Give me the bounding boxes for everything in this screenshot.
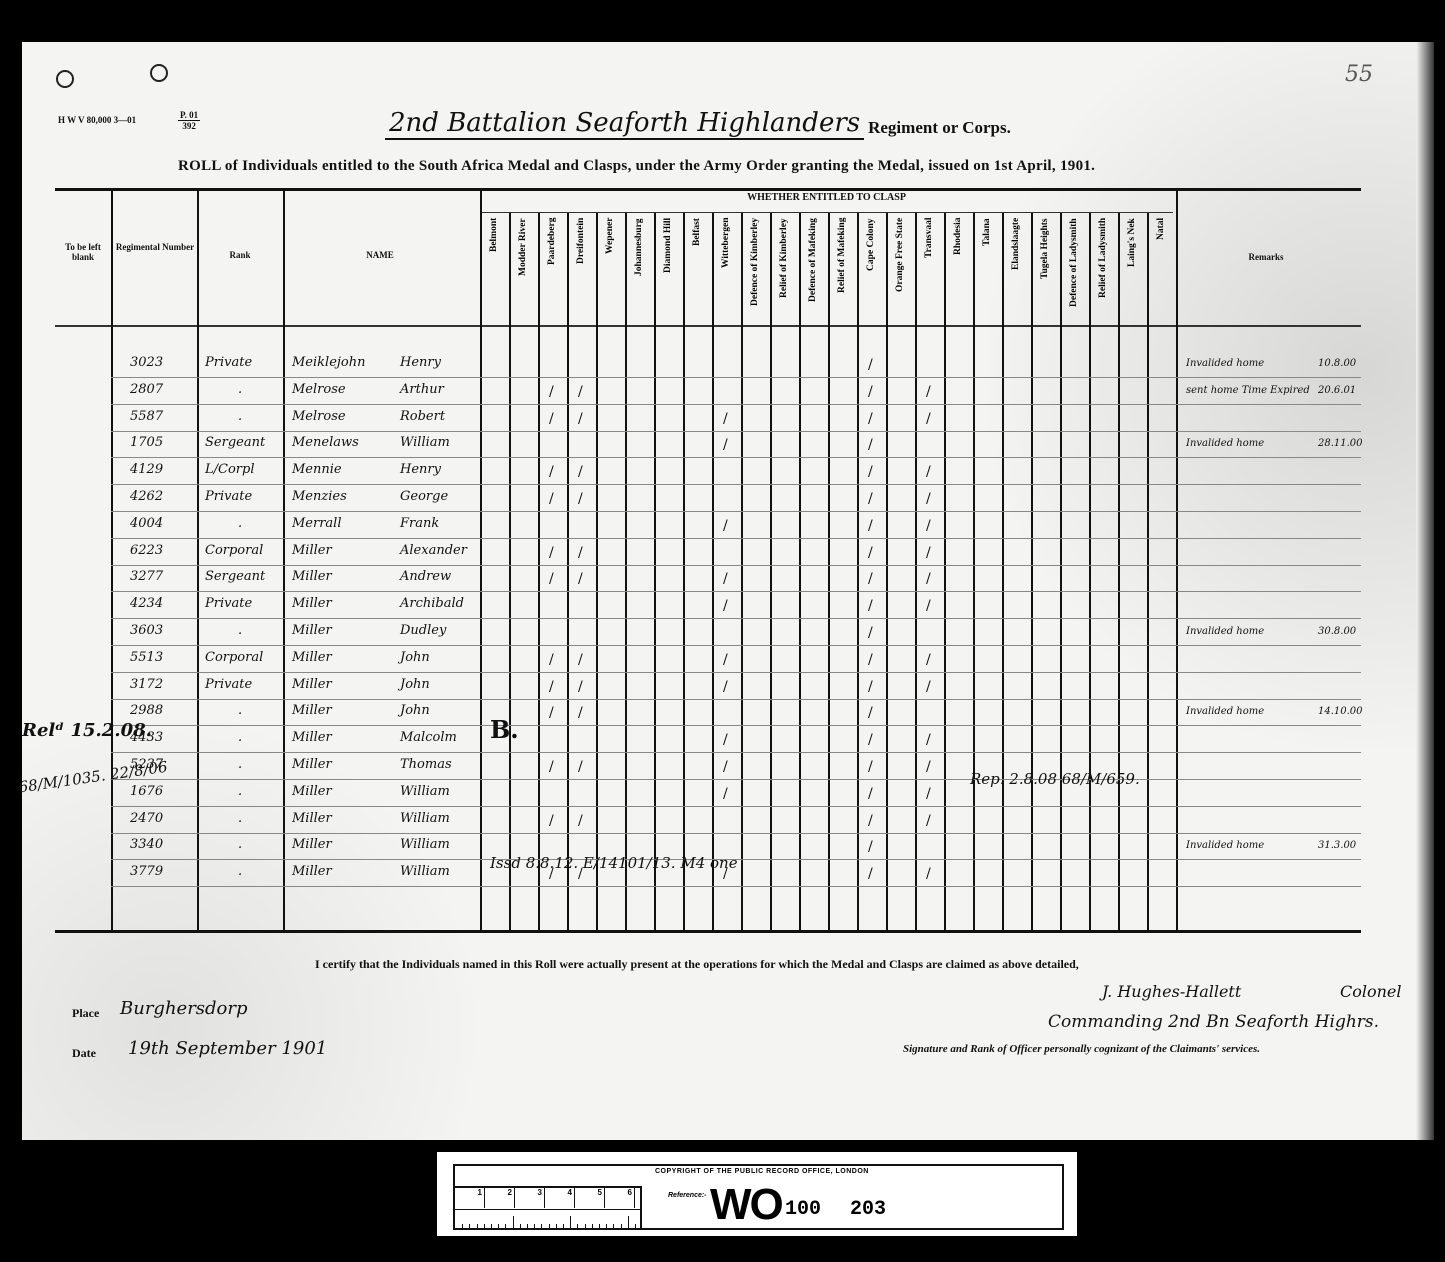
clasp-tick-icon: /: [868, 813, 873, 829]
clasp-tick-icon: /: [926, 652, 931, 668]
clasp-header: Defence of Kimberley: [750, 218, 760, 322]
clasp-tick-icon: /: [578, 411, 583, 427]
clasp-tick-icon: /: [926, 491, 931, 507]
reference-item: 203: [850, 1198, 886, 1221]
table-row: 1705SergeantMenelawsWilliam//Invalided h…: [0, 435, 1445, 461]
place-value: Burghersdorp: [120, 998, 248, 1019]
scale-tick: [621, 1224, 622, 1230]
clasp-tick-icon: /: [578, 384, 583, 400]
clasp-header: Cape Colony: [866, 218, 876, 322]
reference-label: Reference:-: [668, 1192, 707, 1199]
date-label: Date: [72, 1046, 96, 1061]
table-row: 2807.MelroseArthur////sent home Time Exp…: [0, 382, 1445, 408]
clasp-group-divider: [480, 212, 1173, 213]
surname: Miller: [292, 864, 332, 879]
clasp-tick-icon: /: [549, 464, 554, 480]
table-row: 3172PrivateMillerJohn/////: [0, 677, 1445, 703]
clasp-tick-icon: /: [926, 518, 931, 534]
surname: Miller: [292, 837, 332, 852]
remark-text: Invalided home: [1186, 706, 1264, 717]
commanding-line: Commanding 2nd Bn Seaforth Highrs.: [1048, 1012, 1379, 1032]
rank: .: [238, 837, 242, 852]
regimental-number: 3023: [130, 355, 163, 370]
surname: Miller: [292, 569, 332, 584]
clasp-tick-icon: /: [926, 571, 931, 587]
clasp-tick-icon: /: [868, 652, 873, 668]
regimental-number: 5587: [130, 409, 163, 424]
surname: Menelaws: [292, 435, 359, 450]
scale-tick: [469, 1224, 470, 1230]
table-row: 6223CorporalMillerAlexander////: [0, 543, 1445, 569]
clasp-tick-icon: /: [723, 437, 728, 453]
forename: William: [400, 864, 450, 879]
certification-text: I certify that the Individuals named in …: [315, 957, 1079, 972]
col-regimental-number: Regimental Number: [115, 242, 195, 252]
clasp-tick-icon: /: [578, 813, 583, 829]
clasp-tick-icon: /: [723, 411, 728, 427]
forename: John: [400, 703, 430, 718]
forename: Andrew: [400, 569, 451, 584]
measurement-scale: 123456: [455, 1186, 642, 1230]
officer-signature: J. Hughes-Hallett: [1102, 982, 1241, 1001]
surname: Miller: [292, 784, 332, 799]
forename: Robert: [400, 409, 445, 424]
forename: George: [400, 489, 448, 504]
table-top-rule: [55, 188, 1361, 191]
forename: John: [400, 677, 430, 692]
clasp-tick-icon: /: [723, 652, 728, 668]
table-row: 4129L/CorplMennieHenry////: [0, 462, 1445, 488]
clasp-header: Belfast: [692, 218, 702, 322]
clasp-tick-icon: /: [549, 679, 554, 695]
regimental-number: 1676: [130, 784, 163, 799]
clasp-header: Paardeberg: [547, 218, 557, 322]
table-row: 4262PrivateMenziesGeorge////: [0, 489, 1445, 515]
surname: Miller: [292, 596, 332, 611]
clasp-tick-icon: /: [868, 545, 873, 561]
clasp-tick-icon: /: [549, 705, 554, 721]
clasp-tick-icon: /: [926, 411, 931, 427]
punch-hole-icon: [56, 70, 74, 88]
signature-caption: Signature and Rank of Officer personally…: [903, 1043, 1260, 1055]
remark-text: sent home Time Expired: [1186, 385, 1310, 396]
table-bottom-rule: [55, 930, 1361, 933]
clasp-tick-icon: /: [868, 464, 873, 480]
document-title: 2nd Battalion Seaforth Highlanders Regim…: [385, 108, 1011, 140]
clasp-tick-icon: /: [549, 545, 554, 561]
surname: Miller: [292, 623, 332, 638]
regiment-label: Regiment or Corps.: [868, 118, 1011, 138]
regimental-number: 3277: [130, 569, 163, 584]
forename: Arthur: [400, 382, 444, 397]
col-blank: To be left blank: [55, 242, 111, 262]
clasp-header: Johannesburg: [634, 218, 644, 322]
clasp-tick-icon: /: [578, 464, 583, 480]
remark-date: 14.10.00: [1318, 706, 1363, 717]
scale-tick: [556, 1224, 557, 1230]
scale-cm-mark: 3: [515, 1188, 545, 1208]
scale-tick: [462, 1224, 463, 1230]
clasp-tick-icon: /: [868, 866, 873, 882]
mark-b: B.: [490, 715, 519, 744]
clasp-header: Relief of Mafeking: [837, 218, 847, 322]
scale-tick: [541, 1224, 542, 1230]
clasp-header: Relief of Kimberley: [779, 218, 789, 322]
rank: L/Corpl: [205, 462, 254, 477]
scale-tick: [498, 1224, 499, 1230]
clasp-header: Modder River: [518, 218, 528, 322]
roll-subtitle: ROLL of Individuals entitled to the Sout…: [178, 158, 1095, 175]
clasp-header: Relief of Ladysmith: [1098, 218, 1108, 322]
regimental-number: 2807: [130, 382, 163, 397]
forename: Henry: [400, 355, 441, 370]
rank: Corporal: [205, 543, 263, 558]
clasp-header: Transvaal: [924, 218, 934, 322]
clasp-tick-icon: /: [868, 411, 873, 427]
clasp-tick-icon: /: [868, 732, 873, 748]
clasp-header: Orange Free State: [895, 218, 905, 322]
clasp-tick-icon: /: [723, 759, 728, 775]
regimental-number: 1705: [130, 435, 163, 450]
rank: .: [238, 757, 242, 772]
rank: Private: [205, 489, 252, 504]
clasp-header: Dreifontein: [576, 218, 586, 322]
scale-cm-mark: 1: [455, 1188, 485, 1208]
scale-tick: [513, 1216, 514, 1230]
page-ref-num: P. 01: [178, 110, 200, 121]
clasp-header: Natal: [1156, 218, 1166, 322]
surname: Meiklejohn: [292, 355, 366, 370]
rank: Corporal: [205, 650, 263, 665]
clasp-tick-icon: /: [926, 545, 931, 561]
scale-tick: [570, 1216, 571, 1230]
table-row: 5237.MillerThomas/////: [0, 757, 1445, 783]
scale-tick: [606, 1224, 607, 1230]
clasp-tick-icon: /: [723, 518, 728, 534]
rank: .: [238, 409, 242, 424]
surname: Merrall: [292, 516, 342, 531]
regimental-number: 4262: [130, 489, 163, 504]
clasp-header: Talana: [982, 218, 992, 322]
table-row: 5513CorporalMillerJohn/////: [0, 650, 1445, 676]
battalion-name: 2nd Battalion Seaforth Highlanders: [385, 108, 864, 140]
col-name: NAME: [285, 250, 475, 260]
surname: Menzies: [292, 489, 347, 504]
remark-date: 31.3.00: [1318, 840, 1356, 851]
rank: Sergeant: [205, 569, 265, 584]
regimental-number: 4129: [130, 462, 163, 477]
table-row: 4433.MillerMalcolm///: [0, 730, 1445, 756]
annotation-william: Issd 8.8.12. E/14101/13. M4 one: [490, 854, 738, 872]
forename: William: [400, 811, 450, 826]
clasp-tick-icon: /: [868, 759, 873, 775]
clasp-tick-icon: /: [868, 491, 873, 507]
regimental-number: 2988: [130, 703, 163, 718]
clasp-tick-icon: /: [578, 679, 583, 695]
scale-tick: [527, 1224, 528, 1230]
rank: Private: [205, 677, 252, 692]
table-row: 5587.MelroseRobert/////: [0, 409, 1445, 435]
rank: Private: [205, 355, 252, 370]
clasp-tick-icon: /: [868, 437, 873, 453]
clasp-tick-icon: /: [926, 464, 931, 480]
remark-date: 28.11.00: [1318, 438, 1363, 449]
clasp-tick-icon: /: [578, 545, 583, 561]
table-row: 1676.MillerWilliam///: [0, 784, 1445, 810]
forename: Thomas: [400, 757, 452, 772]
remark-text: Invalided home: [1186, 626, 1264, 637]
clasp-tick-icon: /: [868, 786, 873, 802]
clasp-header: Diamond Hill: [663, 218, 673, 322]
clasp-tick-icon: /: [868, 384, 873, 400]
remark-text: Invalided home: [1186, 840, 1264, 851]
rank: .: [238, 703, 242, 718]
remark-date: 30.8.00: [1318, 626, 1356, 637]
clasp-tick-icon: /: [926, 732, 931, 748]
surname: Miller: [292, 757, 332, 772]
surname: Melrose: [292, 409, 346, 424]
table-row: 3603.MillerDudley/Invalided home30.8.00: [0, 623, 1445, 649]
scale-tick: [549, 1224, 550, 1230]
clasp-tick-icon: /: [926, 679, 931, 695]
scale-tick: [613, 1224, 614, 1230]
header-divider: [55, 325, 1361, 327]
col-clasp-group: WHETHER ENTITLED TO CLASP: [480, 192, 1173, 203]
scale-tick: [484, 1224, 485, 1230]
remark-text: Invalided home: [1186, 358, 1264, 369]
clasp-tick-icon: /: [868, 571, 873, 587]
clasp-tick-icon: /: [868, 518, 873, 534]
clasp-tick-icon: /: [926, 598, 931, 614]
clasp-tick-icon: /: [549, 411, 554, 427]
col-remarks: Remarks: [1176, 252, 1356, 262]
forename: Malcolm: [400, 730, 457, 745]
clasp-header: Tugela Heights: [1040, 218, 1050, 322]
regimental-number: 3779: [130, 864, 163, 879]
clasp-header: Wepener: [605, 218, 615, 322]
forename: William: [400, 784, 450, 799]
clasp-header: Laing's Nek: [1127, 218, 1137, 322]
forename: Archibald: [400, 596, 464, 611]
clasp-tick-icon: /: [723, 598, 728, 614]
regimental-number: 6223: [130, 543, 163, 558]
remark-date: 10.8.00: [1318, 358, 1356, 369]
clasp-header: Defence of Mafeking: [808, 218, 818, 322]
scale-cm-mark: 6: [605, 1188, 635, 1208]
forename: William: [400, 435, 450, 450]
rank: .: [238, 784, 242, 799]
scale-tick: [534, 1224, 535, 1230]
officer-rank: Colonel: [1340, 982, 1402, 1001]
annotation-thomas: Rep. 2.8.08 68/M/659.: [970, 770, 1140, 788]
place-label: Place: [72, 1006, 99, 1021]
table-row: 2988.MillerJohn///Invalided home14.10.00: [0, 703, 1445, 729]
reference-piece: 100: [785, 1198, 821, 1221]
remark-date: 20.6.01: [1318, 385, 1356, 396]
surname: Miller: [292, 543, 332, 558]
remark-text: Invalided home: [1186, 438, 1264, 449]
surname: Mennie: [292, 462, 342, 477]
clasp-tick-icon: /: [549, 384, 554, 400]
rank: .: [238, 730, 242, 745]
copyright-notice: COPYRIGHT OF THE PUBLIC RECORD OFFICE, L…: [655, 1168, 869, 1175]
scale-cm-mark: 4: [545, 1188, 575, 1208]
col-rank: Rank: [200, 250, 280, 260]
scale-tick: [477, 1224, 478, 1230]
rank: Private: [205, 596, 252, 611]
clasp-tick-icon: /: [549, 759, 554, 775]
margin-note-rel: Relᵈ 15.2.08.: [22, 720, 152, 741]
scale-tick: [585, 1224, 586, 1230]
clasp-tick-icon: /: [723, 786, 728, 802]
clasp-tick-icon: /: [868, 839, 873, 855]
surname: Melrose: [292, 382, 346, 397]
clasp-tick-icon: /: [868, 705, 873, 721]
clasp-tick-icon: /: [723, 679, 728, 695]
rank: .: [238, 516, 242, 531]
mm-ticks: [455, 1209, 640, 1230]
forename: Dudley: [400, 623, 446, 638]
rank: .: [238, 623, 242, 638]
surname: Miller: [292, 677, 332, 692]
forename: Alexander: [400, 543, 467, 558]
regimental-number: 3603: [130, 623, 163, 638]
regimental-number: 5513: [130, 650, 163, 665]
clasp-tick-icon: /: [578, 571, 583, 587]
page-number: 55: [1345, 62, 1373, 87]
clasp-tick-icon: /: [868, 625, 873, 641]
clasp-header: Wittebergen: [721, 218, 731, 322]
clasp-header: Belmont: [489, 218, 499, 322]
clasp-tick-icon: /: [926, 759, 931, 775]
scale-cm-mark: 2: [485, 1188, 515, 1208]
regimental-number: 4234: [130, 596, 163, 611]
clasp-tick-icon: /: [868, 598, 873, 614]
punch-hole-icon: [150, 64, 168, 82]
clasp-header: Elandslaagte: [1011, 218, 1021, 322]
date-value: 19th September 1901: [128, 1038, 327, 1059]
surname: Miller: [292, 703, 332, 718]
rank: .: [238, 811, 242, 826]
clasp-tick-icon: /: [549, 571, 554, 587]
scale-tick: [592, 1224, 593, 1230]
clasp-tick-icon: /: [549, 491, 554, 507]
table-row: 4234PrivateMillerArchibald///: [0, 596, 1445, 622]
page-reference: P. 01 392: [178, 110, 200, 131]
scale-tick: [628, 1216, 629, 1230]
clasp-tick-icon: /: [549, 652, 554, 668]
clasp-tick-icon: /: [926, 384, 931, 400]
scale-tick: [491, 1224, 492, 1230]
scale-tick: [577, 1224, 578, 1230]
clasp-tick-icon: /: [578, 759, 583, 775]
clasp-tick-icon: /: [926, 813, 931, 829]
regimental-number: 3340: [130, 837, 163, 852]
rank: Sergeant: [205, 435, 265, 450]
clasp-header: Rhodesia: [953, 218, 963, 322]
scale-tick: [599, 1224, 600, 1230]
clasp-tick-icon: /: [723, 732, 728, 748]
forename: Frank: [400, 516, 439, 531]
reference-frame: COPYRIGHT OF THE PUBLIC RECORD OFFICE, L…: [453, 1164, 1064, 1230]
page-ref-den: 392: [182, 121, 196, 131]
scale-tick: [520, 1224, 521, 1230]
clasp-tick-icon: /: [549, 813, 554, 829]
table-row: 4004.MerrallFrank///: [0, 516, 1445, 542]
scale-tick: [635, 1224, 636, 1230]
scale-tick: [505, 1224, 506, 1230]
clasp-header: Defence of Ladysmith: [1069, 218, 1079, 322]
regimental-number: 2470: [130, 811, 163, 826]
rank: .: [238, 382, 242, 397]
forename: John: [400, 650, 430, 665]
scale-cm-mark: 5: [575, 1188, 605, 1208]
scale-tick: [563, 1224, 564, 1230]
clasp-tick-icon: /: [578, 652, 583, 668]
clasp-tick-icon: /: [926, 866, 931, 882]
surname: Miller: [292, 811, 332, 826]
reference-slip: COPYRIGHT OF THE PUBLIC RECORD OFFICE, L…: [437, 1152, 1077, 1236]
clasp-tick-icon: /: [578, 705, 583, 721]
clasp-tick-icon: /: [868, 357, 873, 373]
clasp-tick-icon: /: [926, 786, 931, 802]
clasp-tick-icon: /: [868, 679, 873, 695]
regimental-number: 3172: [130, 677, 163, 692]
regimental-number: 4004: [130, 516, 163, 531]
form-code: H W V 80,000 3—01: [58, 115, 136, 125]
surname: Miller: [292, 730, 332, 745]
table-row: 2470.MillerWilliam////: [0, 811, 1445, 837]
surname: Miller: [292, 650, 332, 665]
reference-series: WO: [710, 1180, 782, 1230]
table-row: 3023PrivateMeiklejohnHenry/Invalided hom…: [0, 355, 1445, 381]
forename: William: [400, 837, 450, 852]
rank: .: [238, 864, 242, 879]
clasp-tick-icon: /: [723, 571, 728, 587]
forename: Henry: [400, 462, 441, 477]
table-row: 3277SergeantMillerAndrew/////: [0, 569, 1445, 595]
clasp-tick-icon: /: [578, 491, 583, 507]
